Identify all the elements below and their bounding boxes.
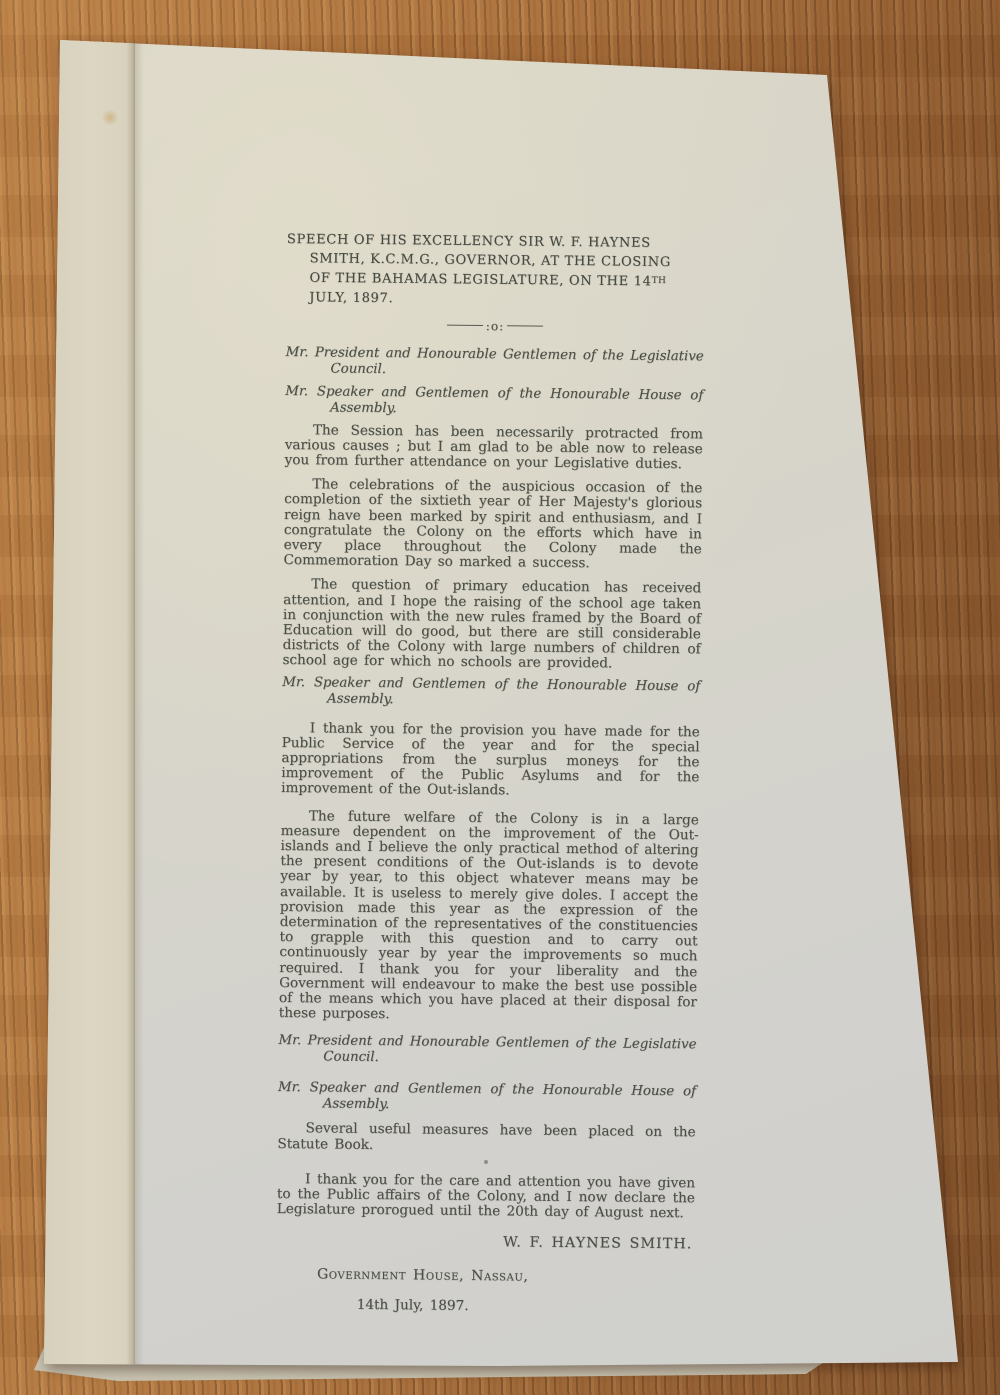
paragraph-welfare: The future welfare of the Colony is in a… [279,809,699,1026]
paragraph-celebrations: The celebrations of the auspicious occas… [283,477,702,573]
place-line: Government House, Nassau, [276,1267,694,1287]
paper-shadow-wrap: SPEECH OF HIS EXCELLENCY SIR W. F. HAYNE… [0,0,1000,1395]
salutation-president: Mr. President and Honourable Gentlemen o… [278,1033,696,1069]
paragraph-education: The question of primary education has re… [282,577,701,673]
salutation-speaker: Mr. Speaker and Gentlemen of the Honoura… [278,1080,696,1116]
paragraph-provision: I thank you for the provision you have m… [281,721,700,801]
ordinal-suffix: TH [652,276,667,286]
page-fold-flap [38,34,135,1372]
fold-crease [135,34,144,1368]
paragraph-session: The Session has been necessarily protrac… [285,423,703,473]
salutation-speaker: Mr. Speaker and Gentlemen of the Honoura… [282,675,700,711]
wood-table-background: { "page": { "wood_color": "#a86e3a", "pa… [0,0,1000,1395]
document-title: SPEECH OF HIS EXCELLENCY SIR W. F. HAYNE… [286,230,705,312]
paragraph-closing: I thank you for the care and attention y… [277,1172,695,1222]
paper-stain [101,110,119,125]
page-content: SPEECH OF HIS EXCELLENCY SIR W. F. HAYNE… [276,230,705,1316]
salutation-president: Mr. President and Honourable Gentlemen o… [285,345,703,381]
signature-line: W. F. HAYNES SMITH. [276,1233,692,1253]
document-page: SPEECH OF HIS EXCELLENCY SIR W. F. HAYNE… [0,0,1000,1395]
paragraph-measures: Several useful measures have been placed… [277,1121,695,1156]
date-line: 14th July, 1897. [276,1297,694,1317]
salutation-speaker: Mr. Speaker and Gentlemen of the Honoura… [285,384,703,420]
section-divider: :o: [286,317,704,337]
